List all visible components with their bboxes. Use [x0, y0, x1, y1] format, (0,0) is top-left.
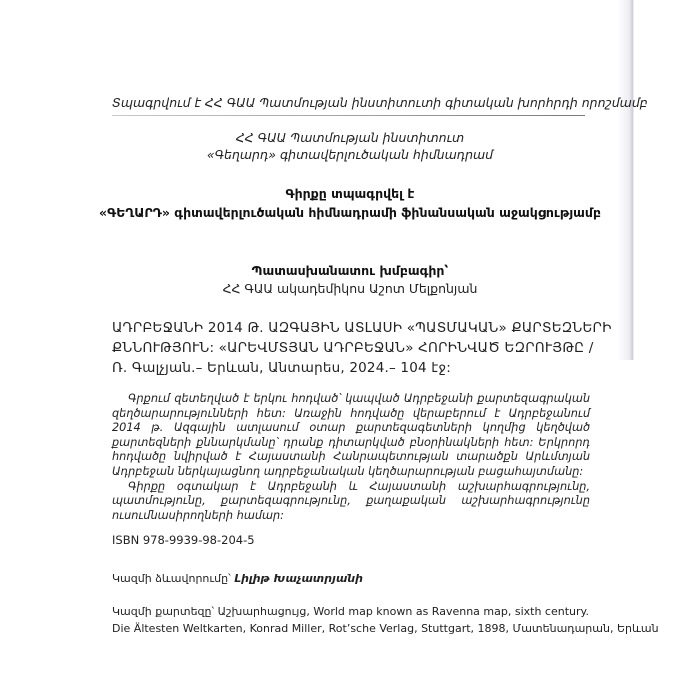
cover-design-label: Կազմի ձևավորումը՝: [112, 572, 231, 585]
book-imprint-page: Տպագրվում է ՀՀ ԳԱԱ Պատմության ինստիտուտի…: [0, 0, 700, 700]
cover-map-credit-line-2: Die Ältesten Weltkarten, Konrad Miller, …: [112, 622, 659, 635]
abstract-paragraph-2: Գիրքը օգտակար է Ադրբեջանի և Հայաստանի աշ…: [112, 480, 590, 524]
bibliographic-publisher-line: Ռ. Գալչյան.– Երևան, Անտարես, 2024.– 104 …: [112, 358, 451, 378]
annotation-abstract: Գրքում զետեղված է երկու հոդված՝ կապված Ա…: [112, 392, 590, 523]
cover-design-credit: Կազմի ձևավորումը՝ Լիլիթ Խաչատրյանի: [112, 572, 363, 585]
cover-map-credit-line-1: Կազմի քարտեզը՝ Աշխարհացույց, World map k…: [112, 605, 589, 618]
page-gutter-shadow: [618, 0, 634, 360]
cover-designer-name: Լիլիթ Խաչատրյանի: [234, 572, 363, 585]
editor-label: Պատասխանատու խմբագիր՝: [0, 263, 700, 278]
bibliographic-title-line-1: ԱԴՐԲԵՋԱՆԻ 2014 Թ. ԱԶԳԱՅԻՆ ԱՏԼԱՍԻ «ՊԱՏՄԱԿ…: [112, 318, 612, 338]
abstract-paragraph-1: Գրքում զետեղված է երկու հոդված՝ կապված Ա…: [112, 392, 590, 480]
funding-line-2: «ԳԵՂԱՐԴ» գիտավերլուծական հիմնադրամի ֆինա…: [0, 203, 700, 223]
editor-name: ՀՀ ԳԱԱ ակադեմիկոս Աշոտ Մելքոնյան: [0, 281, 700, 296]
publication-approval-note: Տպագրվում է ՀՀ ԳԱԱ Պատմության ինստիտուտի…: [112, 95, 587, 110]
isbn: ISBN 978-9939-98-204-5: [112, 533, 255, 547]
divider-rule: [112, 115, 585, 116]
institution-line-2: «Գեղարդ» գիտավերլուծական հիմնադրամ: [0, 146, 700, 163]
institution-line-1: ՀՀ ԳԱԱ Պատմության ինստիտուտ: [0, 129, 700, 146]
funding-line-1: Գիրքը տպագրվել է: [0, 184, 700, 204]
bibliographic-title-line-2: ՔՆՆՈՒԹՅՈՒՆ: «ԱՐԵՎՄՏՅԱՆ ԱԴՐԲԵՋԱՆ» ՀՈՐԻՆՎԱ…: [112, 338, 593, 358]
